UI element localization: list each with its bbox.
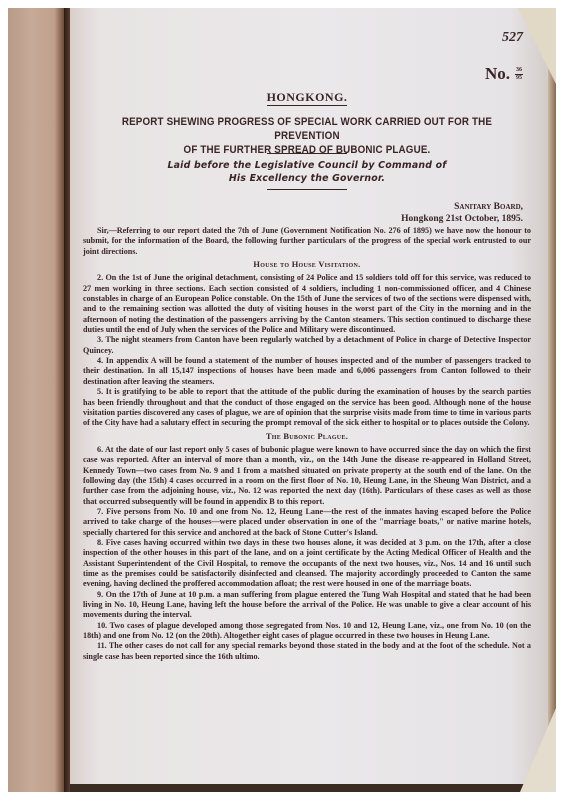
- paragraph: 11. The other cases do not call for any …: [83, 641, 531, 662]
- report-body: Sir,—Referring to our report dated the 7…: [83, 226, 531, 662]
- left-page: [8, 8, 66, 792]
- signature-line-2: Hongkong 21st October, 1895.: [401, 213, 523, 225]
- report-title-line-2: OF THE FURTHER SPREAD OF BUBONIC PLAGUE.: [114, 143, 499, 157]
- colony-heading: HONGKONG.: [83, 90, 531, 105]
- section-heading: House to House Visitation.: [83, 260, 531, 270]
- document-number-fraction: 36 95: [515, 67, 523, 82]
- document-number: No. 36 95: [485, 64, 523, 84]
- paragraph: 8. Five cases having occurred within two…: [83, 538, 531, 590]
- report-title: REPORT SHEWING PROGRESS OF SPECIAL WORK …: [114, 115, 499, 157]
- page-number: 527: [502, 30, 523, 46]
- book-photo: 527 No. 36 95 HONGKONG. REPORT SHEWING P…: [8, 8, 556, 792]
- page-stack-edge: [548, 8, 556, 792]
- paragraph: 5. It is gratifying to be able to report…: [83, 387, 531, 428]
- paragraph: 6. At the date of our last report only 5…: [83, 445, 531, 507]
- paragraph: 10. Two cases of plague developed among …: [83, 621, 531, 642]
- laid-line-1: Laid before the Legislative Council by C…: [83, 159, 531, 172]
- divider-rule: [267, 153, 347, 154]
- right-page: 527 No. 36 95 HONGKONG. REPORT SHEWING P…: [70, 8, 548, 784]
- paragraph: 9. On the 17th of June at 10 p.m. a man …: [83, 590, 531, 621]
- paragraph: 4. In appendix A will be found a stateme…: [83, 356, 531, 387]
- signature-line-1: Sanitary Board,: [401, 201, 523, 213]
- paragraph: 2. On the 1st of June the original detac…: [83, 273, 531, 335]
- paragraph-intro: Sir,—Referring to our report dated the 7…: [83, 226, 531, 257]
- laid-before-statement: Laid before the Legislative Council by C…: [83, 159, 531, 185]
- signature-block: Sanitary Board, Hongkong 21st October, 1…: [401, 201, 523, 225]
- divider-rule: [267, 189, 347, 190]
- fraction-numerator: 36: [515, 67, 523, 75]
- paragraph: 3. The night steamers from Canton have b…: [83, 335, 531, 356]
- laid-line-2: His Excellency the Governor.: [83, 172, 531, 185]
- colony-heading-text: HONGKONG.: [267, 90, 348, 106]
- document-number-label: No.: [485, 64, 510, 84]
- report-title-line-1: REPORT SHEWING PROGRESS OF SPECIAL WORK …: [114, 115, 499, 143]
- fraction-denominator: 95: [516, 75, 522, 82]
- section-heading: The Bubonic Plague.: [83, 432, 531, 442]
- paragraph: 7. Five persons from No. 10 and one from…: [83, 507, 531, 538]
